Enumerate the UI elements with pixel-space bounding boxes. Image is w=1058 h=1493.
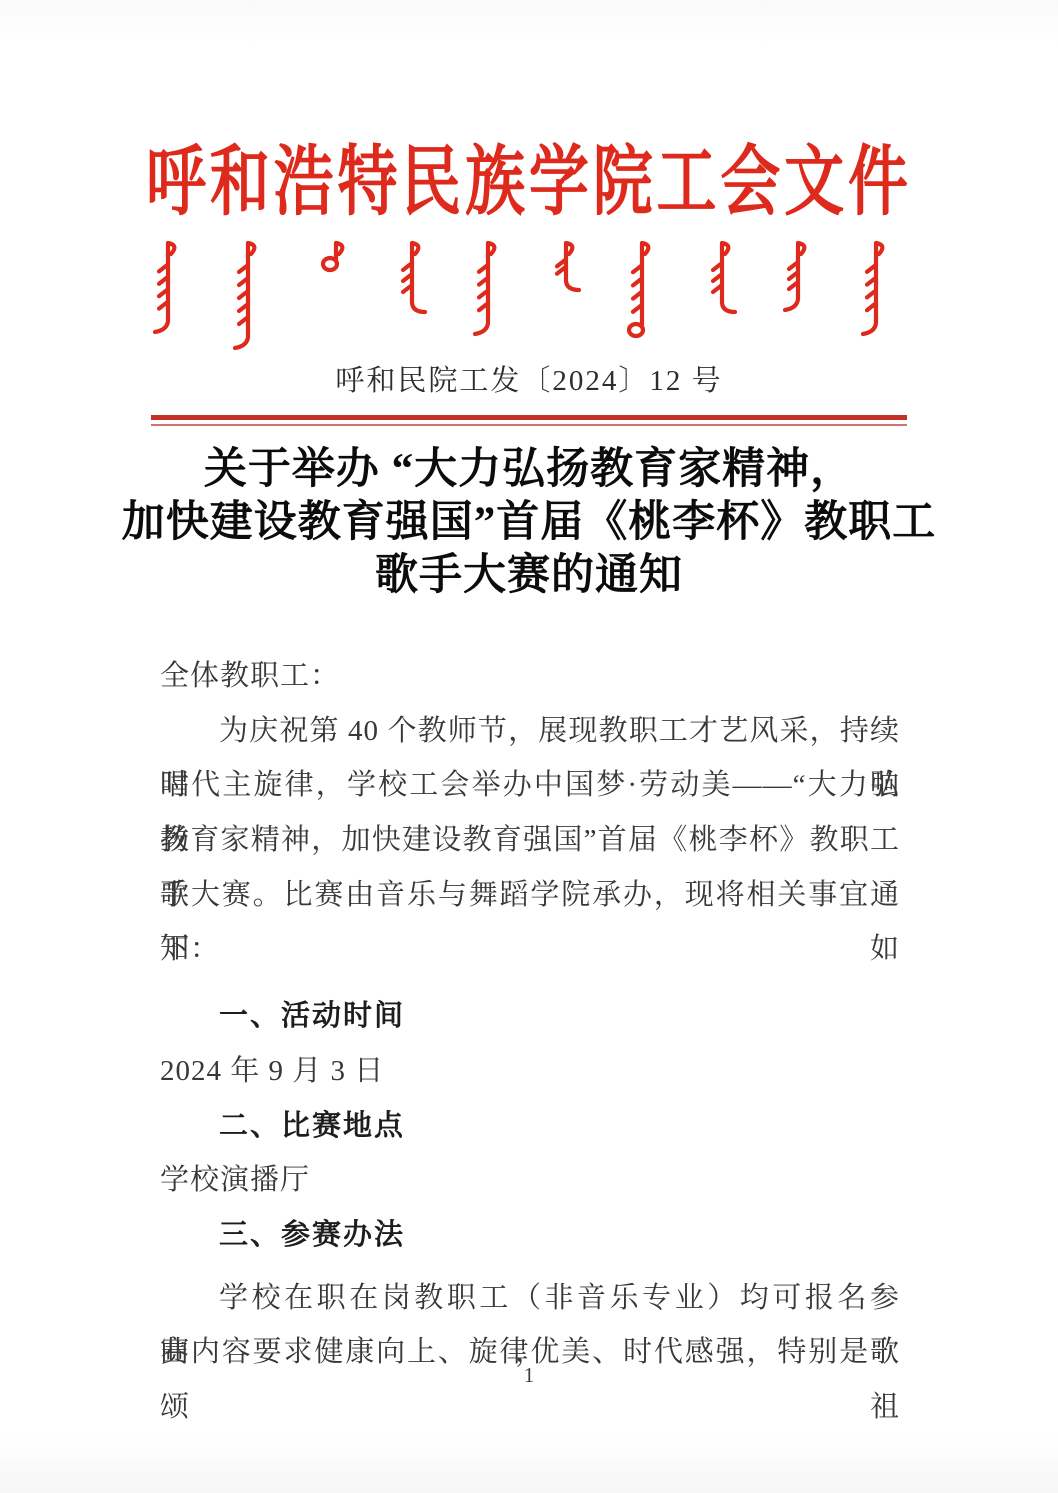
mongolian-column bbox=[557, 243, 579, 290]
mongolian-column bbox=[235, 243, 254, 348]
title-line-1: 关于举办 “大力弘扬教育家精神， bbox=[0, 443, 1058, 496]
org-title-char: 学 bbox=[529, 140, 589, 224]
body-line: 教育家精神，加快建设教育强国”首届《桃李杯》教职工歌 bbox=[160, 813, 900, 868]
body-line: 手大赛。比赛由音乐与舞蹈学院承办，现将相关事宜通知如 bbox=[160, 868, 900, 923]
mongolian-column bbox=[323, 243, 342, 270]
org-title-char: 特 bbox=[337, 140, 397, 224]
org-title-char: 和 bbox=[210, 140, 270, 224]
doc-number: 呼和民院工发〔2024〕12 号 bbox=[0, 362, 1058, 400]
body-text: 全体教职工：为庆祝第 40 个教师节，展现教职工才艺风采，持续唱响时代主旋律，学… bbox=[160, 649, 900, 1380]
org-title-char: 院 bbox=[593, 140, 653, 224]
org-title-char: 浩 bbox=[274, 140, 334, 224]
org-title-char: 民 bbox=[401, 140, 461, 224]
mongolian-column bbox=[475, 243, 494, 334]
org-title: 呼和浩特民族学院工会文件 bbox=[146, 140, 908, 224]
mongolian-column bbox=[785, 243, 804, 310]
title-line-2: 加快建设教育强国”首届《桃李杯》教职工 bbox=[0, 496, 1058, 549]
org-title-char: 件 bbox=[848, 140, 908, 224]
body-line: 2024 年 9 月 3 日 bbox=[160, 1044, 900, 1099]
section-heading: 二、比赛地点 bbox=[160, 1099, 900, 1154]
mongolian-script bbox=[150, 236, 892, 354]
org-title-char: 族 bbox=[465, 140, 525, 224]
mongolian-column bbox=[155, 243, 174, 332]
body-line: 时代主旋律，学校工会举办中国梦·劳动美——“大力弘扬 bbox=[160, 758, 900, 813]
page-number: 1 bbox=[0, 1362, 1058, 1388]
mongolian-column bbox=[863, 243, 882, 334]
org-title-char: 工 bbox=[657, 140, 717, 224]
org-title-char: 会 bbox=[720, 140, 780, 224]
mongolian-column bbox=[403, 243, 425, 312]
document-page: 呼和浩特民族学院工会文件 呼和民院工发〔2024〕12 号 关于举办 “大力弘扬… bbox=[0, 0, 1058, 1493]
section-heading: 一、活动时间 bbox=[160, 989, 900, 1044]
document-title: 关于举办 “大力弘扬教育家精神， 加快建设教育强国”首届《桃李杯》教职工 歌手大… bbox=[0, 443, 1058, 602]
org-title-char: 文 bbox=[784, 140, 844, 224]
section-heading: 三、参赛办法 bbox=[160, 1208, 900, 1263]
red-divider-line bbox=[151, 415, 907, 426]
body-line: 全体教职工： bbox=[160, 649, 900, 704]
body-line: 学校演播厅 bbox=[160, 1153, 900, 1208]
body-line: 为庆祝第 40 个教师节，展现教职工才艺风采，持续唱响 bbox=[160, 704, 900, 759]
title-line-3: 歌手大赛的通知 bbox=[0, 549, 1058, 602]
org-title-char: 呼 bbox=[146, 140, 206, 224]
body-line: 学校在职在岗教职工（非音乐专业）均可报名参赛，歌 bbox=[160, 1271, 900, 1326]
mongolian-column bbox=[629, 243, 648, 336]
mongolian-column bbox=[713, 243, 735, 312]
